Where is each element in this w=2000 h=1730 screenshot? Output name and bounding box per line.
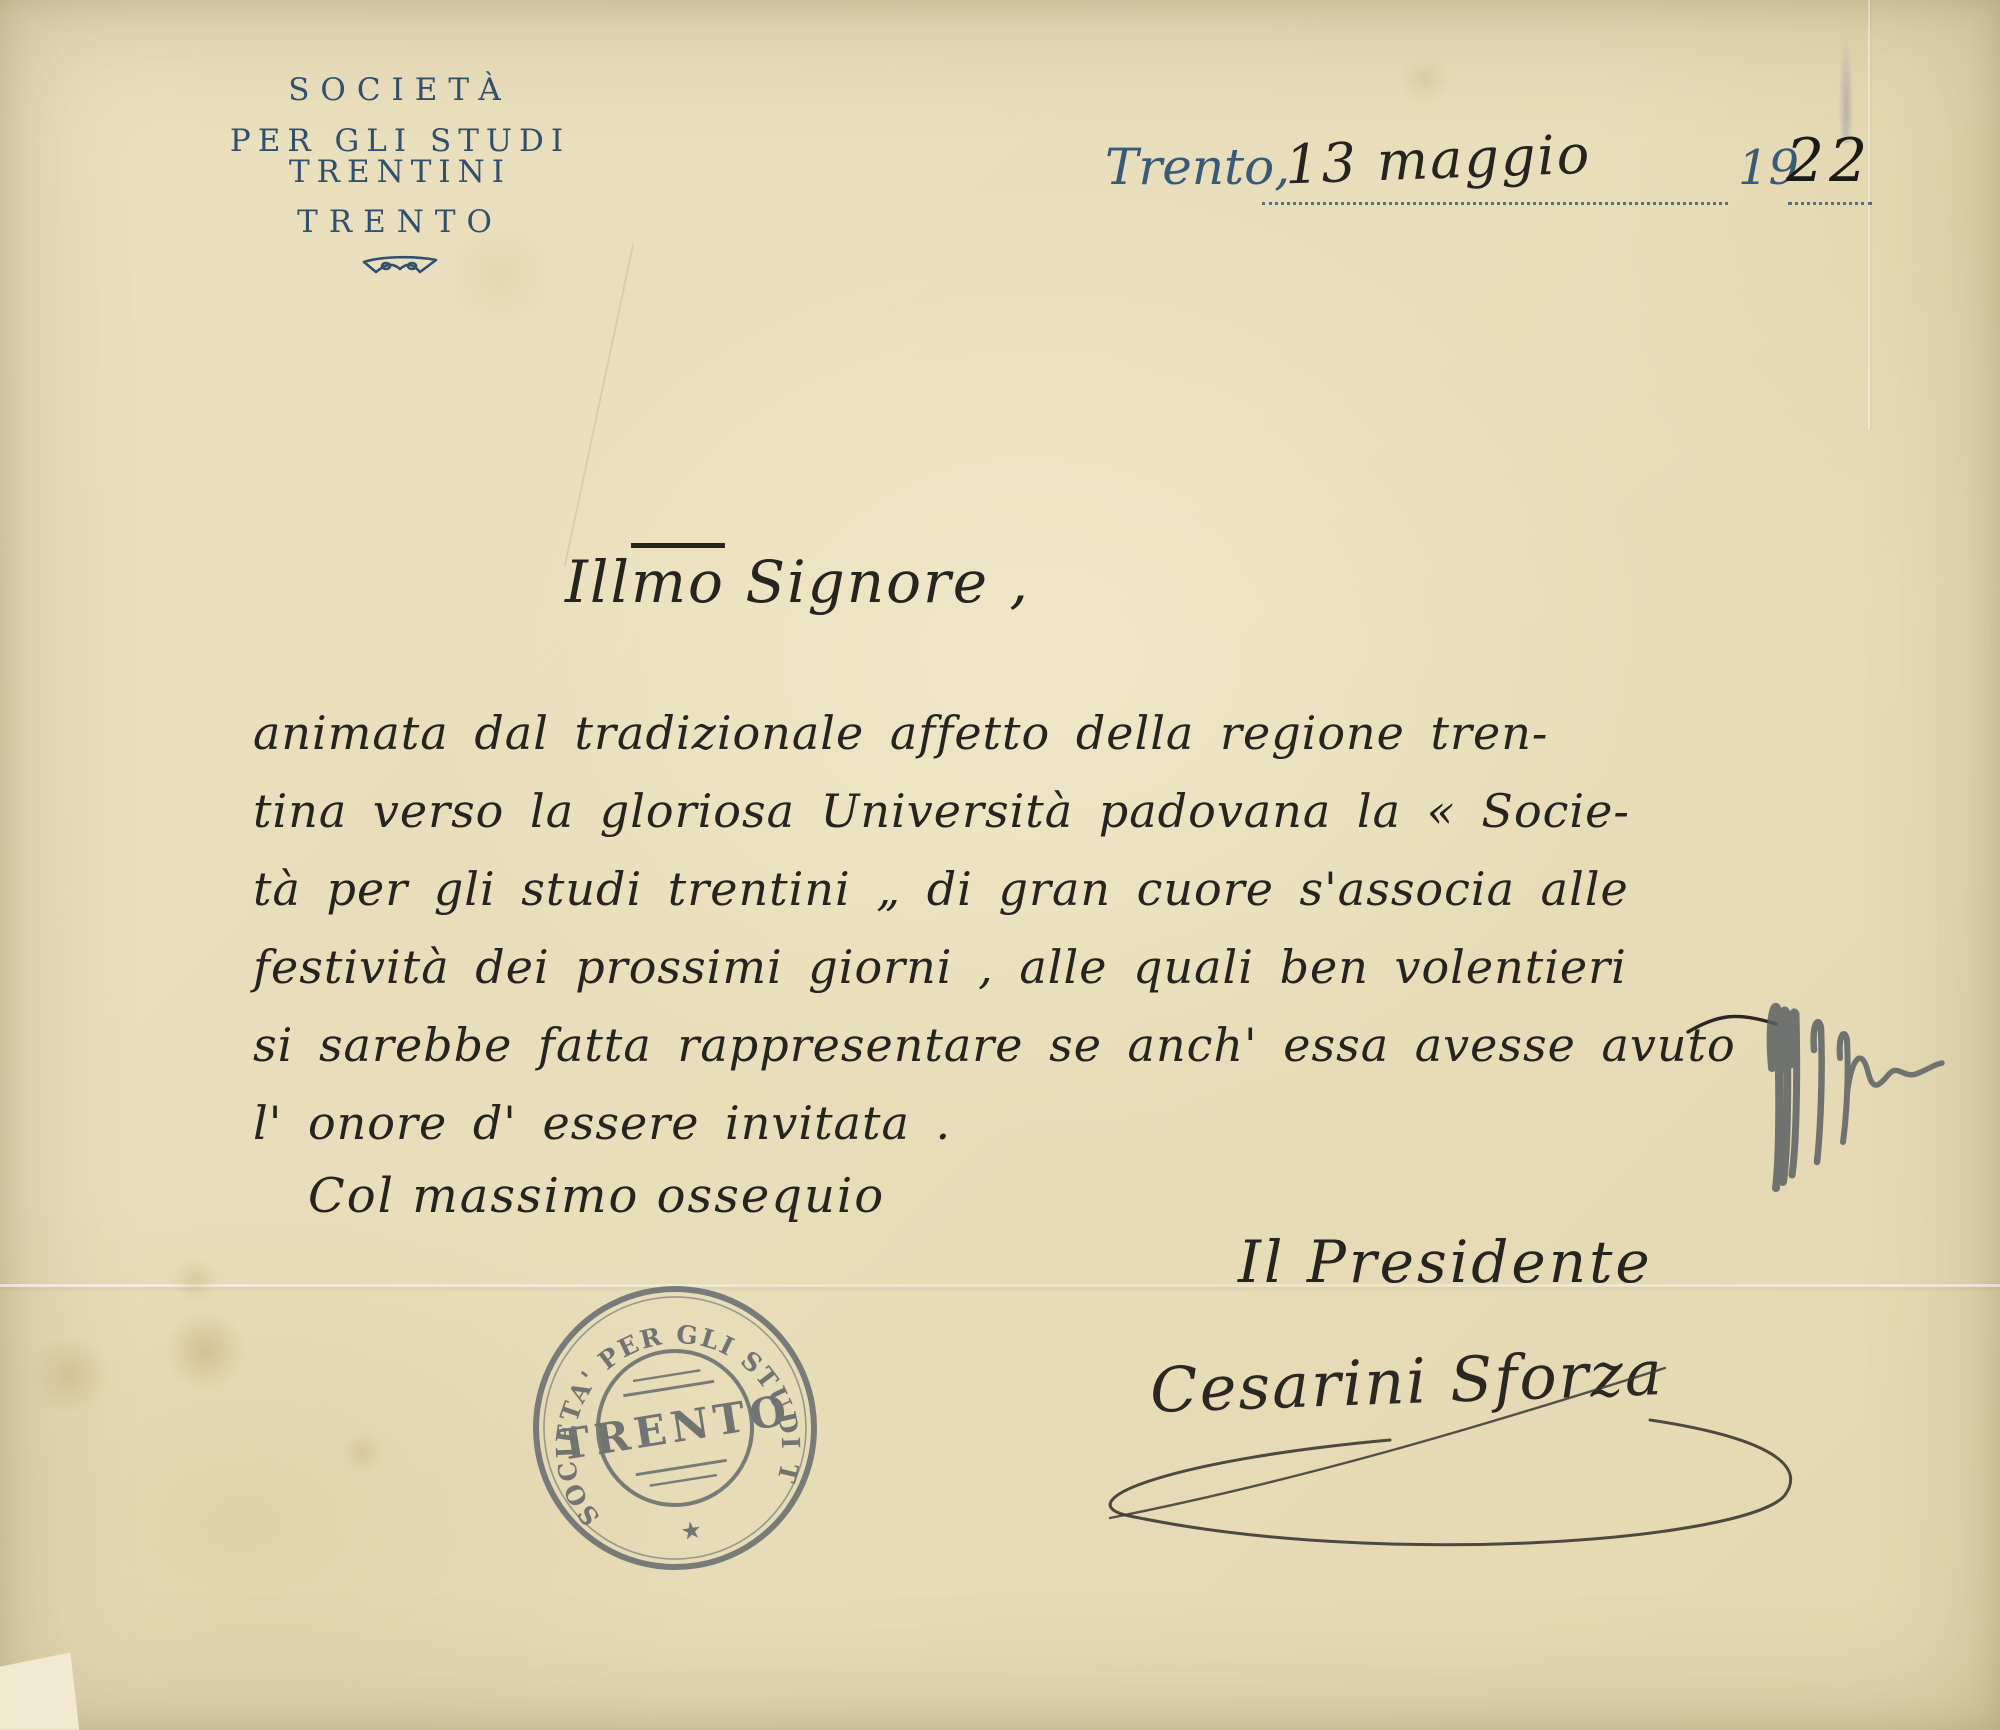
letterhead-ornament-icon bbox=[150, 254, 650, 284]
body-line: animata dal tradizionale affetto della r… bbox=[253, 706, 1653, 760]
diagonal-crease bbox=[564, 243, 635, 566]
scanned-letter-page: SOCIETÀ PER GLI STUDI TRENTINI TRENTO Tr… bbox=[0, 0, 2000, 1730]
stamp-star-icon: ★ bbox=[678, 1515, 704, 1546]
letterhead: SOCIETÀ PER GLI STUDI TRENTINI TRENTO bbox=[150, 75, 650, 284]
salutation-text: Signore , bbox=[725, 548, 1030, 616]
paper-stain bbox=[170, 1258, 220, 1303]
horizontal-crease bbox=[0, 1284, 2000, 1287]
torn-corner bbox=[0, 1642, 220, 1730]
vertical-crease bbox=[1868, 0, 1870, 430]
body-line: tina verso la gloriosa Università padova… bbox=[253, 784, 1653, 838]
closing-formula: Col massimo ossequio bbox=[308, 1168, 885, 1224]
dateline-handwritten-date: 13 maggio bbox=[1284, 123, 1592, 197]
signer-role: Il Presidente bbox=[1238, 1228, 1653, 1296]
paper-stain bbox=[160, 1310, 250, 1390]
salutation-text: Ill bbox=[565, 548, 631, 616]
body-line: si sarebbe fatta rappresentare se anch' … bbox=[253, 1018, 1653, 1072]
paper-stain bbox=[1395, 55, 1455, 105]
letterhead-city: TRENTO bbox=[150, 207, 650, 238]
dateline-place: Trento, bbox=[1105, 138, 1290, 196]
signature-flourish bbox=[1050, 1340, 1860, 1590]
pencil-scribble bbox=[1680, 950, 1960, 1220]
society-round-stamp: SOCIETA' PER GLI STUDI TRENTINI TRENTO ★ bbox=[503, 1256, 846, 1599]
paper-stain bbox=[340, 1430, 385, 1475]
year-handwritten: 22 bbox=[1786, 126, 1872, 196]
letterhead-society-name-line2: PER GLI STUDI TRENTINI bbox=[150, 126, 650, 188]
salutation-overlined: mo bbox=[631, 548, 725, 616]
body-line: l' onore d' essere invitata . bbox=[253, 1096, 1653, 1150]
salutation: Illmo Signore , bbox=[565, 548, 1030, 616]
paper-stain bbox=[30, 1330, 110, 1420]
letterhead-society-name: SOCIETÀ bbox=[150, 75, 650, 106]
body-line: festività dei prossimi giorni , alle qua… bbox=[253, 940, 1653, 994]
body-line: tà per gli studi trentini „ di gran cuor… bbox=[253, 862, 1653, 916]
